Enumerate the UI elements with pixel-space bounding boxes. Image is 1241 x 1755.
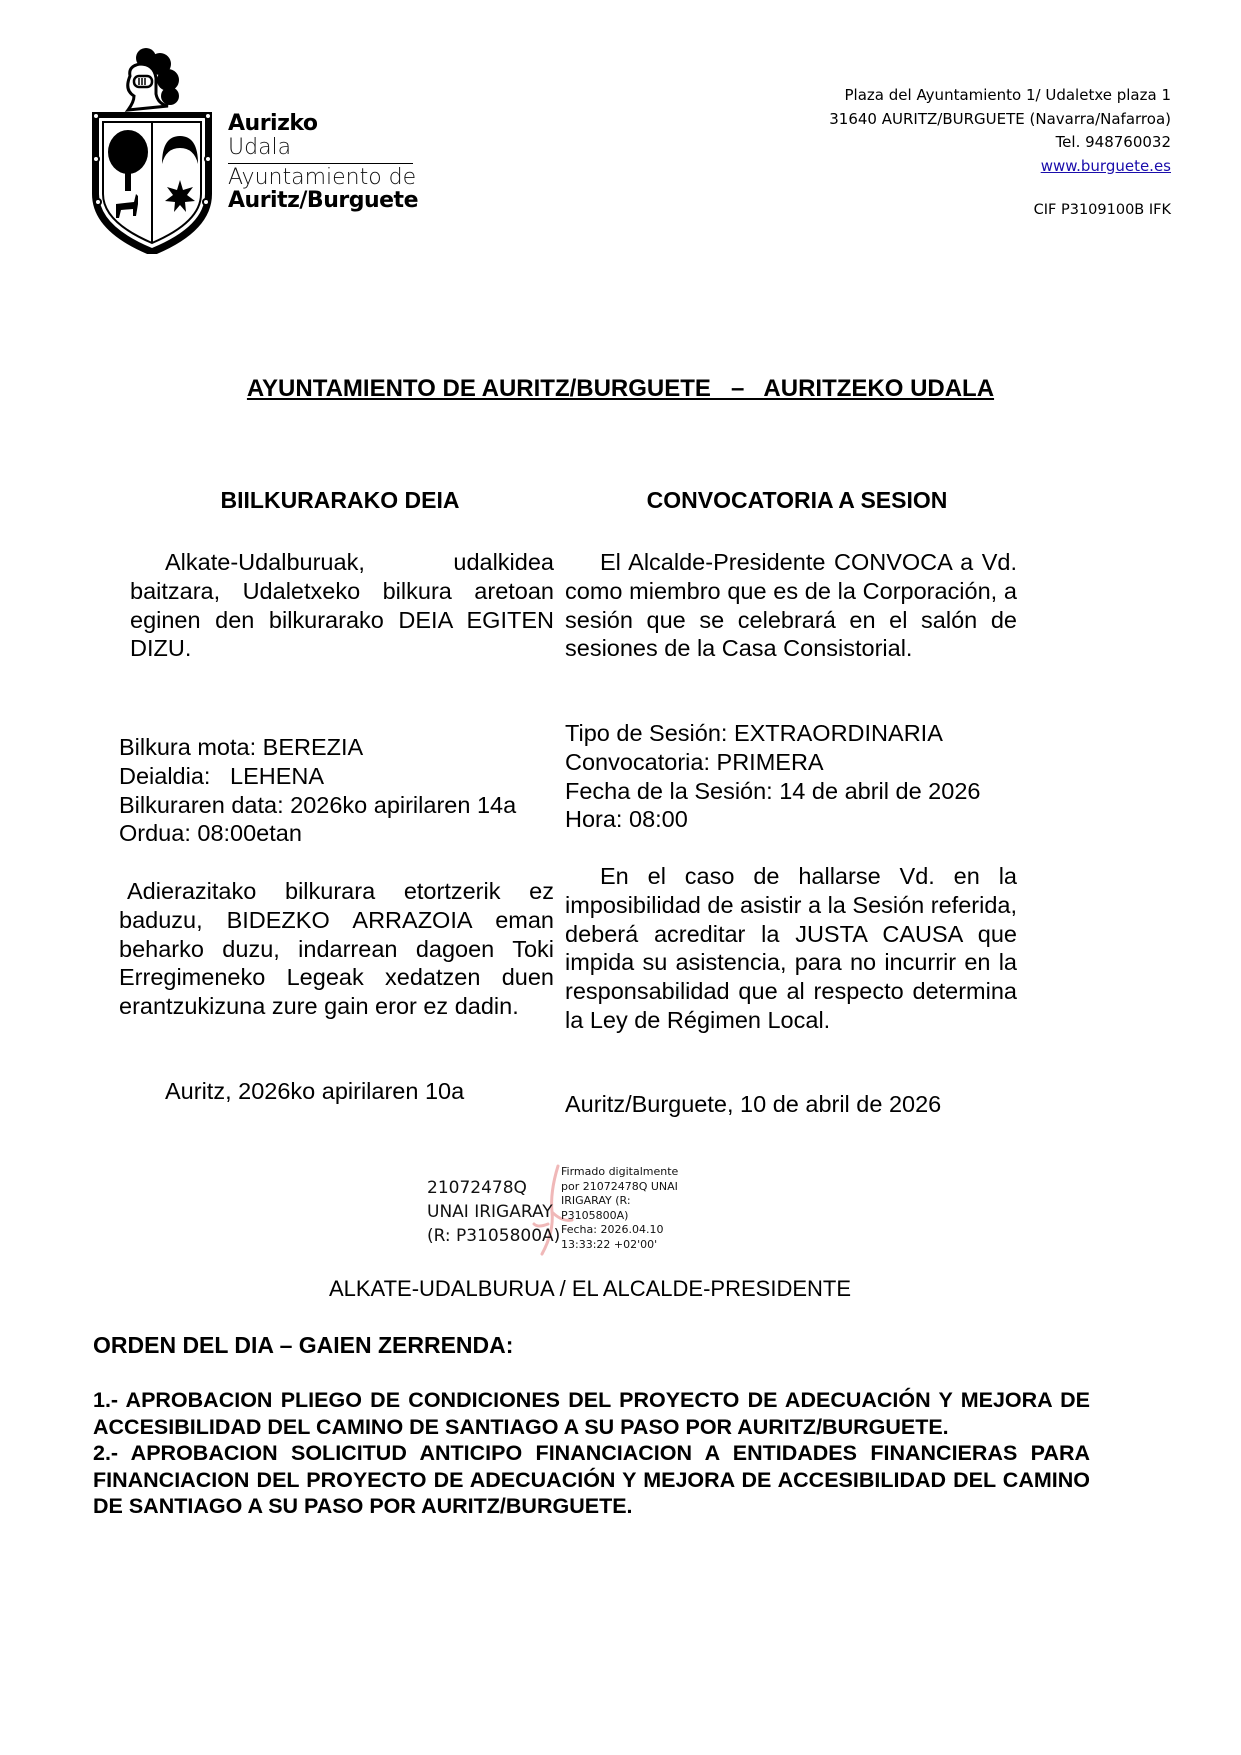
spanish-session-type: Tipo de Sesión: EXTRAORDINARIA	[565, 719, 1025, 748]
page-title: AYUNTAMIENTO DE AURITZ/BURGUETE – AURITZ…	[0, 375, 1241, 403]
signature-time: 13:33:22 +02'00'	[561, 1238, 678, 1253]
phone-number: Tel. 948760032	[829, 131, 1171, 155]
basque-session-date: Bilkuraren data: 2026ko apirilaren 14a	[119, 791, 569, 820]
page-title-text: AYUNTAMIENTO DE AURITZ/BURGUETE – AURITZ…	[247, 375, 994, 402]
spanish-details: Tipo de Sesión: EXTRAORDINARIA Convocato…	[565, 719, 1025, 834]
agenda-item: 2.- APROBACION SOLICITUD ANTICIPO FINANC…	[93, 1440, 1090, 1520]
signer-representation: (R: P3105800A)	[427, 1224, 560, 1248]
coat-of-arms-icon	[88, 44, 218, 254]
basque-intro: Alkate-Udalburuak, udalkidea baitzara, U…	[130, 548, 554, 663]
spanish-heading: CONVOCATORIA A SESION	[567, 487, 1027, 514]
spanish-intro: El Alcalde-Presidente CONVOCA a Vd. como…	[565, 548, 1017, 663]
spanish-notice: En el caso de hallarse Vd. en la imposib…	[565, 862, 1017, 1035]
spanish-session-time: Hora: 08:00	[565, 805, 1025, 834]
logo-line-ayuntamiento: Ayuntamiento de	[228, 166, 418, 190]
signature-date: Fecha: 2026.04.10	[561, 1223, 678, 1238]
cif-number: CIF P3109100B IFK	[1034, 202, 1171, 218]
logo-wordmark: Aurizko Udala Ayuntamiento de Auritz/Bur…	[228, 112, 418, 213]
logo-line-aurizko: Aurizko	[228, 112, 418, 136]
basque-notice: Adierazitako bilkurara etortzerik ez bad…	[119, 877, 554, 1021]
basque-heading: BIILKURARAKO DEIA	[120, 487, 560, 514]
spanish-call: Convocatoria: PRIMERA	[565, 748, 1025, 777]
signer-id: 21072478Q	[427, 1176, 560, 1200]
address-block: Plaza del Ayuntamiento 1/ Udaletxe plaza…	[829, 84, 1171, 178]
signer-name-block: 21072478Q UNAI IRIGARAY (R: P3105800A)	[427, 1176, 560, 1248]
address-line-1: Plaza del Ayuntamiento 1/ Udaletxe plaza…	[829, 84, 1171, 108]
address-line-2: 31640 AURITZ/BURGUETE (Navarra/Nafarroa)	[829, 108, 1171, 132]
logo-line-auritz-burguete: Auritz/Burguete	[228, 189, 418, 213]
website-link[interactable]: www.burguete.es	[1041, 157, 1171, 175]
agenda-list: 1.- APROBACION PLIEGO DE CONDICIONES DEL…	[93, 1387, 1090, 1520]
signer-role: ALKATE-UDALBURUA / EL ALCALDE-PRESIDENTE	[0, 1276, 1180, 1302]
logo-divider	[228, 163, 413, 164]
signer-name: UNAI IRIGARAY	[427, 1200, 560, 1224]
basque-details: Bilkura mota: BEREZIA Deialdia: LEHENA B…	[119, 733, 569, 848]
basque-session-type: Bilkura mota: BEREZIA	[119, 733, 569, 762]
basque-place-date: Auritz, 2026ko apirilaren 10a	[165, 1077, 464, 1106]
signature-detail-line: P3105800A)	[561, 1209, 678, 1224]
signature-detail-line: por 21072478Q UNAI	[561, 1180, 678, 1195]
agenda-item: 1.- APROBACION PLIEGO DE CONDICIONES DEL…	[93, 1387, 1090, 1440]
agenda-heading: ORDEN DEL DIA – GAIEN ZERRENDA:	[93, 1332, 513, 1359]
spanish-session-date: Fecha de la Sesión: 14 de abril de 2026	[565, 777, 1025, 806]
logo-line-udala: Udala	[228, 136, 418, 160]
digital-signature-details: Firmado digitalmente por 21072478Q UNAI …	[561, 1165, 678, 1252]
spanish-place-date: Auritz/Burguete, 10 de abril de 2026	[565, 1090, 941, 1119]
signature-detail-line: Firmado digitalmente	[561, 1165, 678, 1180]
basque-call: Deialdia: LEHENA	[119, 762, 569, 791]
basque-session-time: Ordua: 08:00etan	[119, 819, 569, 848]
signature-detail-line: IRIGARAY (R:	[561, 1194, 678, 1209]
